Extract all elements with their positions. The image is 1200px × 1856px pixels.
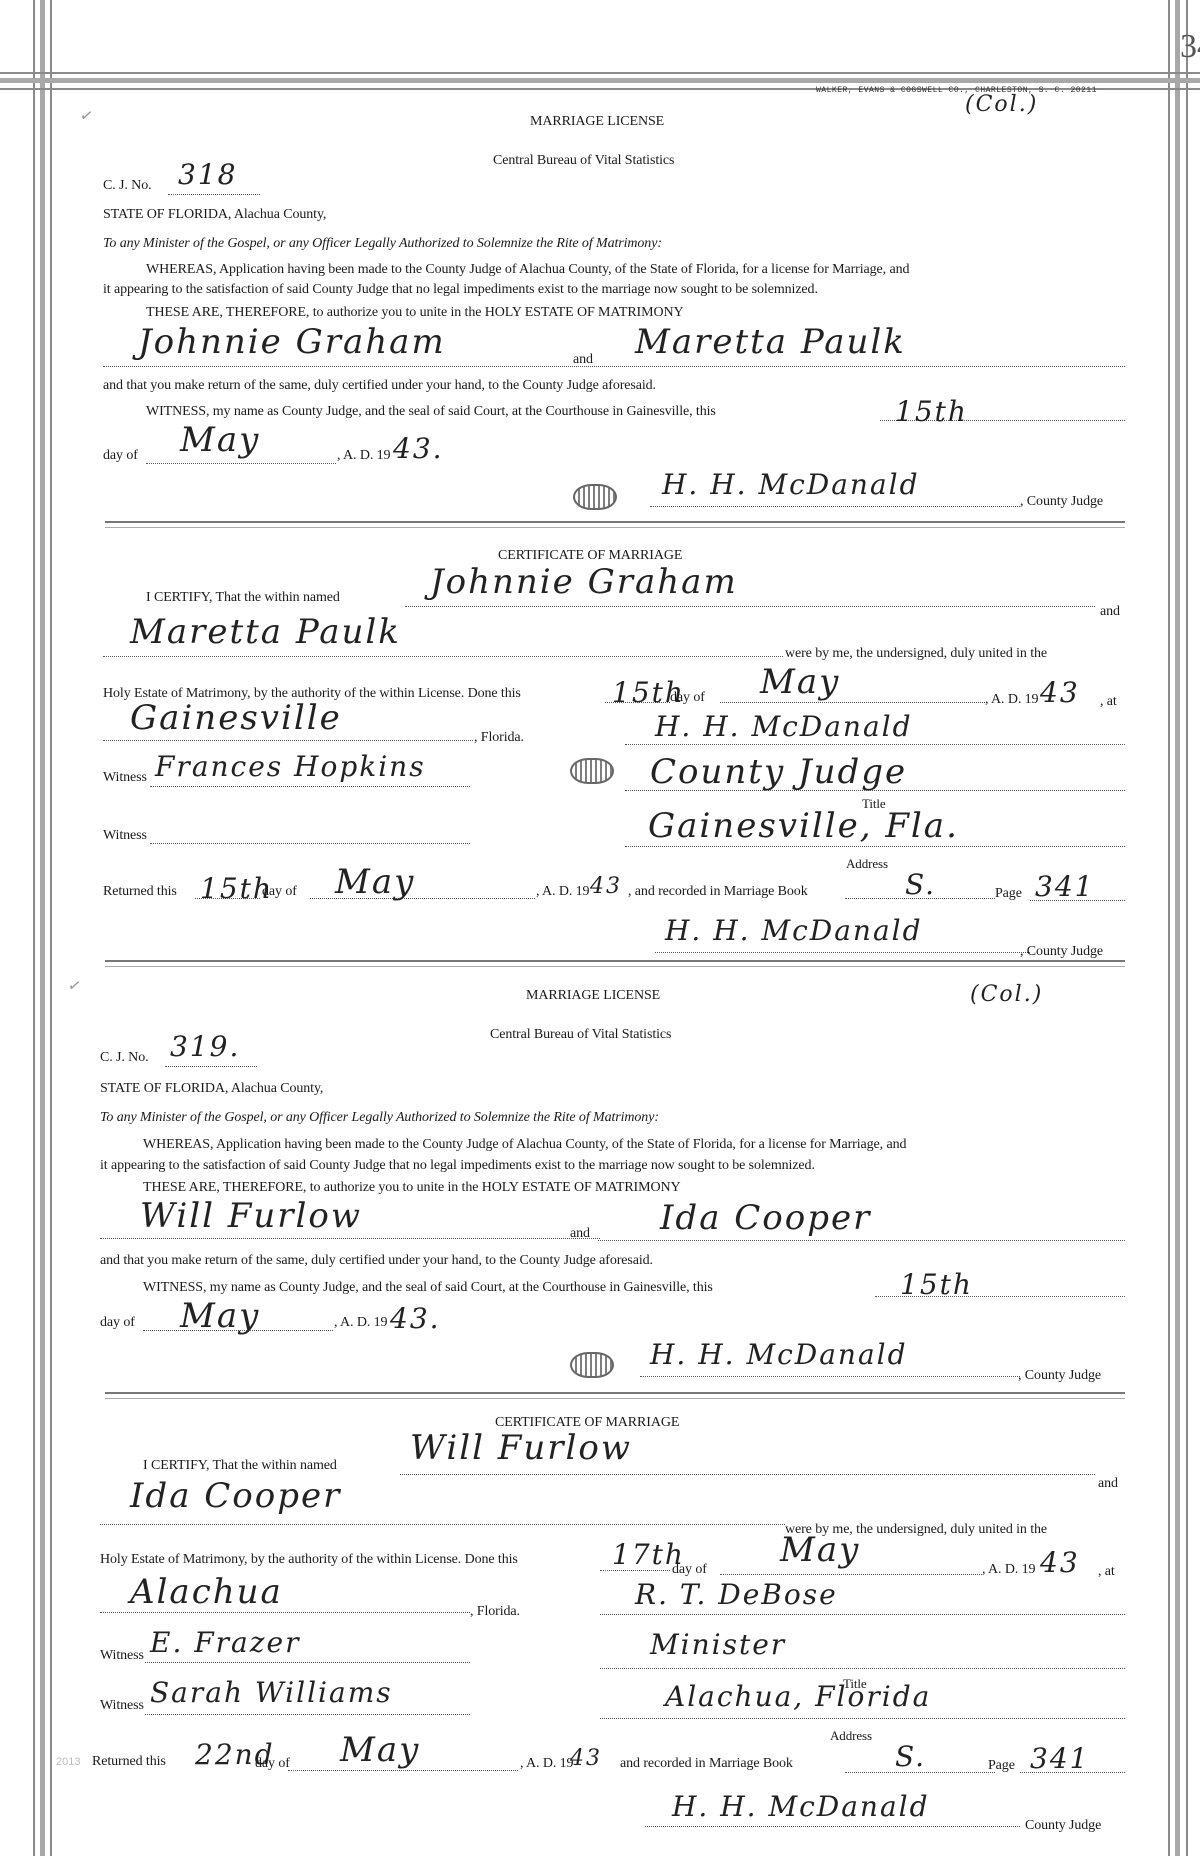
certificate-bride-name: Ida Cooper: [130, 1476, 341, 1516]
certificate-place: Gainesville: [130, 698, 342, 738]
holy-estate-label: Holy Estate of Matrimony, by the authori…: [100, 1552, 518, 1568]
license-year: 43.: [390, 1302, 441, 1335]
color-annotation: (Col.): [970, 982, 1043, 1007]
whereas-line-1: WHEREAS, Application having been made to…: [146, 262, 909, 278]
bureau-label: Central Bureau of Vital Statistics: [493, 153, 674, 169]
day-of-label: day of: [100, 1315, 135, 1331]
whereas-line-2: it appearing to the satisfaction of said…: [100, 1158, 815, 1174]
license-day: 15th: [900, 1268, 973, 1301]
address-line: To any Minister of the Gospel, or any Of…: [100, 1110, 659, 1126]
recorder-title: , County Judge: [1020, 944, 1103, 960]
these-are-line: THESE ARE, THEREFORE, to authorize you t…: [143, 1180, 681, 1196]
frame-rule-left-thick: [40, 0, 45, 1856]
ad-label: , A. D. 19: [520, 1756, 573, 1772]
address-line: To any Minister of the Gospel, or any Of…: [103, 236, 662, 252]
officiant-title-value: County Judge: [650, 752, 907, 792]
witness-label: Witness: [103, 828, 147, 844]
officiant-address-value: Alachua, Florida: [665, 1680, 931, 1713]
license-groom-name: Johnnie Graham: [138, 322, 446, 362]
license-month: May: [180, 420, 260, 460]
certificate-place: Alachua: [130, 1572, 283, 1612]
cj-no-label: C. J. No.: [103, 178, 152, 194]
officiant-signature: H. H. McDanald: [655, 710, 913, 743]
and-label: and: [1100, 604, 1120, 620]
ad-label: , A. D. 19: [334, 1315, 387, 1331]
officiant-signature: R. T. DeBose: [635, 1578, 838, 1611]
certify-label: I CERTIFY, That the within named: [143, 1458, 337, 1474]
day-of-label: day of: [670, 690, 705, 706]
watermark: 2013: [56, 1756, 80, 1768]
recorded-label: , and recorded in Marriage Book: [628, 884, 808, 900]
license-bride-name: Maretta Paulk: [635, 322, 906, 362]
day-of-label: day of: [255, 1756, 290, 1772]
license-title: MARRIAGE LICENSE: [530, 114, 664, 130]
and-label: and: [573, 352, 593, 368]
record-page: 341: [1035, 870, 1094, 903]
marriage-book: S.: [895, 1740, 926, 1773]
license-day: 15th: [895, 395, 968, 428]
returned-year: 43: [590, 874, 622, 899]
witness-label: Witness: [100, 1648, 144, 1664]
certificate-month: May: [760, 662, 840, 702]
witness-line: WITNESS, my name as County Judge, and th…: [143, 1280, 713, 1296]
license-groom-name: Will Furlow: [140, 1196, 362, 1236]
return-line: and that you make return of the same, du…: [103, 378, 656, 394]
state-line: STATE OF FLORIDA, Alachua County,: [103, 207, 326, 223]
license-month: May: [180, 1296, 260, 1336]
certificate-month: May: [780, 1530, 860, 1570]
and-label: and: [570, 1226, 590, 1242]
whereas-line-1: WHEREAS, Application having been made to…: [143, 1137, 906, 1153]
united-label: were by me, the undersigned, duly united…: [785, 646, 1047, 662]
frame-rule-top-2: [0, 78, 1200, 83]
witness-1-signature: E. Frazer: [150, 1626, 300, 1659]
judge-title: , County Judge: [1018, 1368, 1101, 1384]
court-seal-icon: [573, 484, 617, 510]
witness-label: Witness: [100, 1698, 144, 1714]
page-label: Page: [995, 886, 1022, 902]
page-number: 34: [1180, 28, 1200, 66]
license-judge-signature: H. H. McDanald: [662, 468, 920, 501]
page-label: Page: [988, 1758, 1015, 1774]
day-of-label: day of: [103, 448, 138, 464]
frame-rule-right-thick: [1175, 0, 1180, 1856]
frame-rule-top-1: [0, 72, 1200, 74]
certificate-groom-name: Johnnie Graham: [430, 562, 738, 602]
officiant-title-value: Minister: [650, 1628, 786, 1661]
ad-label: , A. D. 19: [337, 448, 390, 464]
frame-rule-left-outer: [33, 0, 35, 1856]
witness-line: WITNESS, my name as County Judge, and th…: [146, 404, 716, 420]
check-mark-icon: ✓: [66, 975, 83, 996]
certificate-groom-name: Will Furlow: [410, 1428, 632, 1468]
check-mark-icon: ✓: [78, 105, 95, 126]
address-label: Address: [830, 1728, 872, 1744]
at-label: , at: [1098, 1564, 1115, 1580]
frame-rule-left-inner: [50, 0, 52, 1856]
recorder-signature: H. H. McDanald: [672, 1790, 930, 1823]
printer-imprint: WALKER, EVANS & COGSWELL CO., CHARLESTON…: [816, 86, 1097, 95]
witness-label: Witness: [103, 770, 147, 786]
cj-no-label: C. J. No.: [100, 1050, 149, 1066]
ad-label: , A. D. 19: [982, 1562, 1035, 1578]
record-page: 341: [1030, 1742, 1089, 1775]
officiant-address-value: Gainesville, Fla.: [648, 806, 959, 846]
certificate-bride-name: Maretta Paulk: [130, 612, 401, 652]
recorded-label: and recorded in Marriage Book: [620, 1756, 793, 1772]
returned-label: Returned this: [103, 884, 177, 900]
marriage-book: S.: [905, 868, 936, 901]
judge-title: , County Judge: [1020, 494, 1103, 510]
court-seal-icon: [570, 1352, 614, 1378]
section-divider: [105, 1392, 1125, 1399]
return-line: and that you make return of the same, du…: [100, 1253, 653, 1269]
cj-no-value: 318: [178, 158, 237, 191]
license-bride-name: Ida Cooper: [660, 1198, 871, 1238]
ad-label: , A. D. 19: [536, 884, 589, 900]
color-annotation: (Col.): [965, 92, 1038, 117]
recorder-signature: H. H. McDanald: [665, 914, 923, 947]
at-label: , at: [1100, 694, 1117, 710]
returned-month: May: [335, 862, 415, 902]
day-of-label: day of: [262, 884, 297, 900]
florida-label: , Florida.: [470, 1604, 520, 1620]
witness-2-signature: Sarah Williams: [150, 1676, 393, 1709]
returned-label: Returned this: [92, 1754, 166, 1770]
section-divider: [105, 960, 1125, 967]
court-seal-icon: [570, 758, 614, 784]
these-are-line: THESE ARE, THEREFORE, to authorize you t…: [146, 305, 684, 321]
license-judge-signature: H. H. McDanald: [650, 1338, 908, 1371]
frame-rule-right-outer: [1168, 0, 1170, 1856]
returned-month: May: [340, 1730, 420, 1770]
license-year: 43.: [393, 432, 444, 465]
certificate-year: 43: [1040, 1546, 1080, 1579]
whereas-line-2: it appearing to the satisfaction of said…: [103, 282, 818, 298]
license-title: MARRIAGE LICENSE: [526, 988, 660, 1004]
returned-year: 43: [570, 1746, 602, 1771]
frame-rule-right-inner: [1186, 0, 1188, 1856]
certificate-year: 43: [1040, 676, 1080, 709]
state-line: STATE OF FLORIDA, Alachua County,: [100, 1081, 323, 1097]
certify-label: I CERTIFY, That the within named: [146, 590, 340, 606]
section-divider: [105, 521, 1125, 528]
address-label: Address: [846, 856, 888, 872]
day-of-label: day of: [672, 1562, 707, 1578]
witness-1-signature: Frances Hopkins: [155, 750, 426, 783]
bureau-label: Central Bureau of Vital Statistics: [490, 1027, 671, 1043]
cj-no-value: 319.: [170, 1030, 240, 1063]
and-label: and: [1098, 1476, 1118, 1492]
recorder-title: County Judge: [1025, 1818, 1101, 1834]
florida-label: , Florida.: [474, 730, 524, 746]
ad-label: , A. D. 19: [985, 692, 1038, 708]
